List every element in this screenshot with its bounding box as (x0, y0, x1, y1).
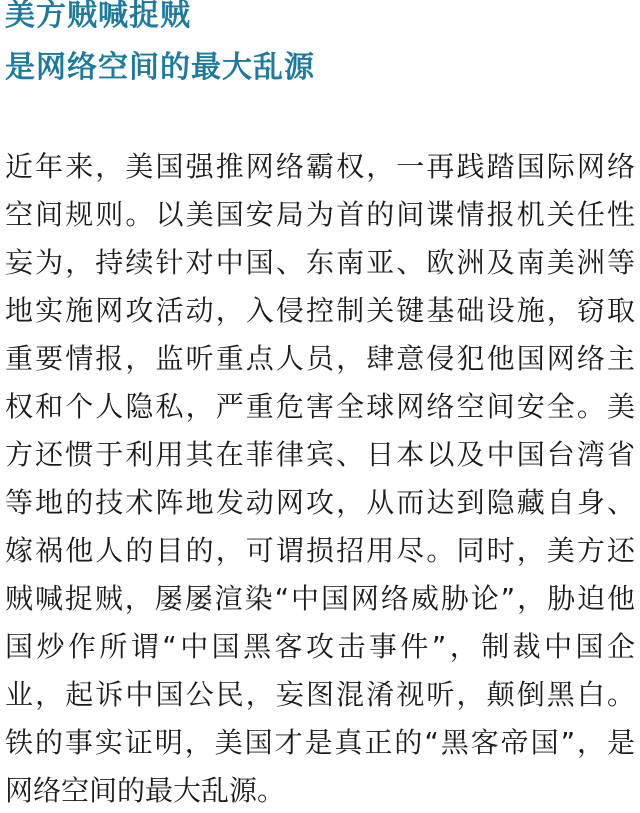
body-text-line: 国炒作所谓“中国黑客攻击事件”，制裁中国企 (5, 623, 635, 671)
article-title-line: 美方贼喊捉贼 (5, 0, 635, 42)
article-title-line: 是网络空间的最大乱源 (5, 42, 635, 94)
body-text-line: 重要情报，监听重点人员，肆意侵犯他国网络主 (5, 335, 635, 383)
body-text-line: 业，起诉中国公民，妄图混淆视听，颠倒黑白。 (5, 671, 635, 719)
body-text-line: 空间规则。以美国安局为首的间谍情报机关任性 (5, 191, 635, 239)
article-body: 近年来，美国强推网络霸权，一再践踏国际网络 空间规则。以美国安局为首的间谍情报机… (5, 143, 635, 813)
body-text-line: 等地的技术阵地发动网攻，从而达到隐藏自身、 (5, 479, 635, 527)
article-title: 美方贼喊捉贼 是网络空间的最大乱源 (5, 0, 635, 94)
body-text-line: 近年来，美国强推网络霸权，一再践踏国际网络 (5, 143, 635, 191)
body-text-line: 贼喊捉贼，屡屡渲染“中国网络威胁论”，胁迫他 (5, 575, 635, 623)
body-text-line: 铁的事实证明，美国才是真正的“黑客帝国”，是 (5, 719, 635, 767)
body-text-line: 嫁祸他人的目的，可谓损招用尽。同时，美方还 (5, 527, 635, 575)
body-text-line: 权和个人隐私，严重危害全球网络空间安全。美 (5, 383, 635, 431)
article-page: 美方贼喊捉贼 是网络空间的最大乱源 近年来，美国强推网络霸权，一再践踏国际网络 … (0, 0, 640, 813)
body-text-line: 方还惯于利用其在菲律宾、日本以及中国台湾省 (5, 431, 635, 479)
body-text-line: 妄为，持续针对中国、东南亚、欧洲及南美洲等 (5, 239, 635, 287)
body-text-line: 地实施网攻活动，入侵控制关键基础设施，窃取 (5, 287, 635, 335)
body-text-line: 网络空间的最大乱源。 (5, 767, 635, 813)
